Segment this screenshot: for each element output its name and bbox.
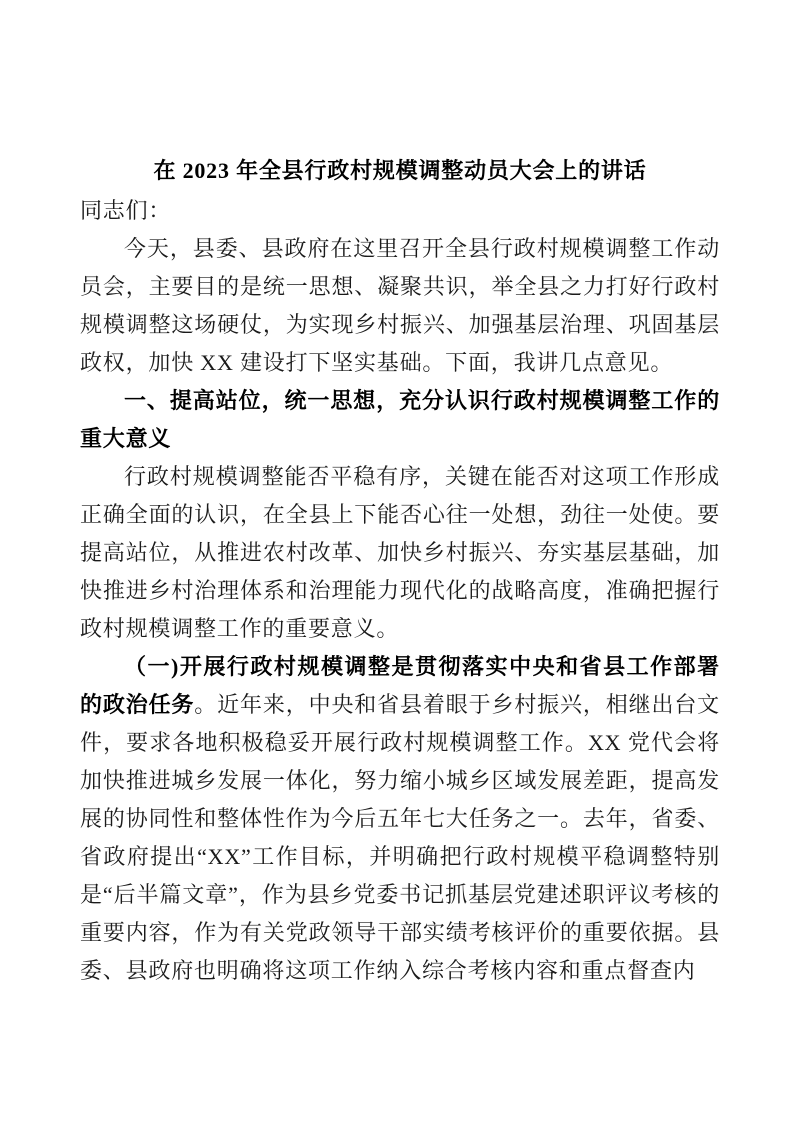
subsection-1-body: 。近年来，中央和省县着眼于乡村振兴，相继出台文件，要求各地积极稳妥开展行政村规模… bbox=[80, 692, 720, 983]
paragraph-intro: 今天，县委、县政府在这里召开全县行政村规模调整工作动员会，主要目的是统一思想、凝… bbox=[80, 230, 720, 382]
document-content: 在 2023 年全县行政村规模调整动员大会上的讲话 同志们： 今天，县委、县政府… bbox=[80, 150, 720, 990]
section-heading-1: 一、提高站位，统一思想，充分认识行政村规模调整工作的重大意义 bbox=[80, 382, 720, 458]
document-page: 在 2023 年全县行政村规模调整动员大会上的讲话 同志们： 今天，县委、县政府… bbox=[0, 0, 793, 1122]
salutation-line: 同志们： bbox=[80, 192, 720, 230]
paragraph-significance: 行政村规模调整能否平稳有序，关键在能否对这项工作形成正确全面的认识，在全县上下能… bbox=[80, 458, 720, 648]
paragraph-subsection-1: （一)开展行政村规模调整是贯彻落实中央和省县工作部署的政治任务。近年来，中央和省… bbox=[80, 648, 720, 990]
document-title: 在 2023 年全县行政村规模调整动员大会上的讲话 bbox=[80, 150, 720, 192]
